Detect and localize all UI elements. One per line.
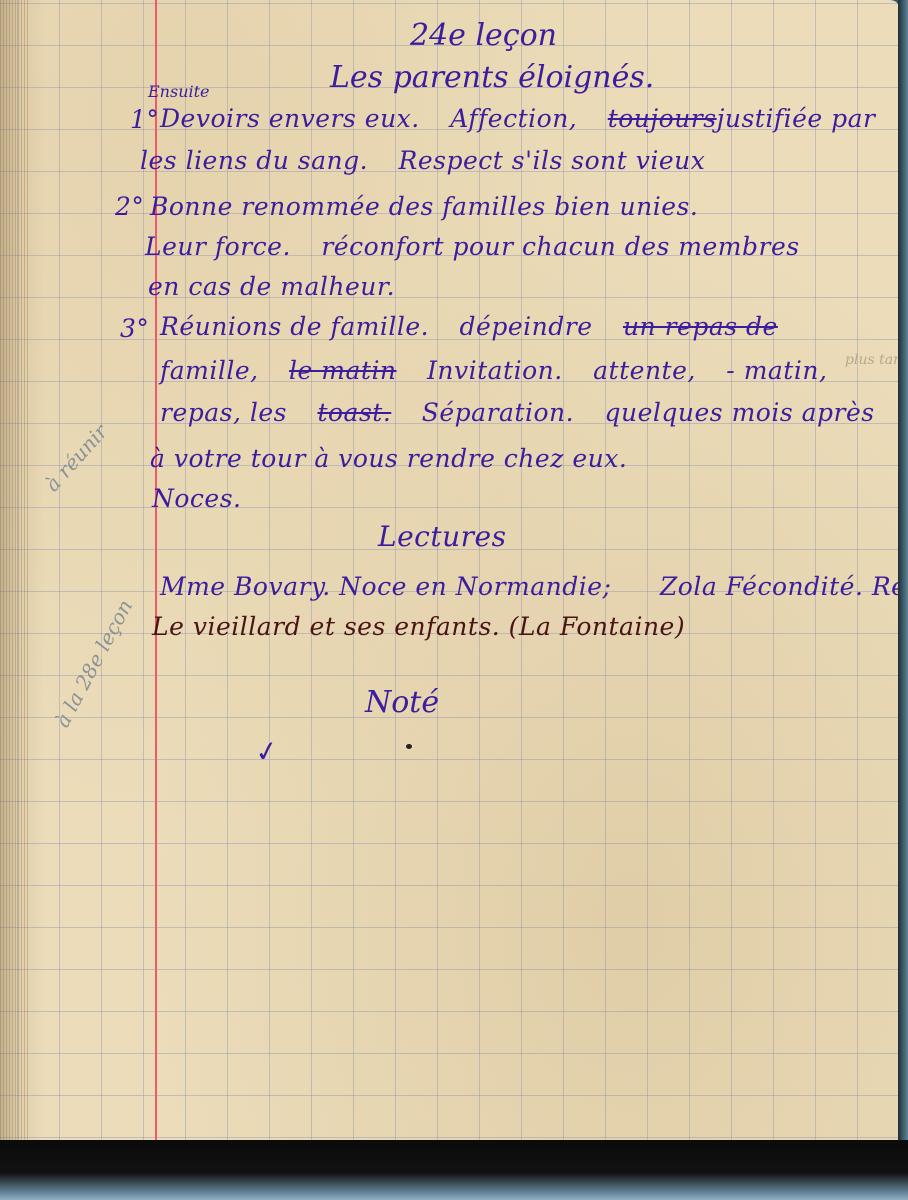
item-3-line-5: Noces.: [152, 484, 242, 513]
text-segment: quelques mois après: [605, 398, 875, 427]
text-segment: dépeindre: [460, 312, 593, 341]
item-3-line-4: à votre tour à vous rendre chez eux.: [150, 444, 627, 473]
item-1-line-1: Devoirs envers eux. Affection, toujoursj…: [160, 104, 875, 133]
struck-text: un repas de: [623, 312, 778, 341]
ink-dot: [406, 744, 412, 749]
text-segment: Invitation.: [427, 356, 563, 385]
text-segment: justifiée par: [717, 104, 876, 133]
text-segment: Noces.: [152, 484, 242, 513]
item-2-line-3: en cas de malheur.: [148, 272, 395, 301]
text-segment: Réunions de famille.: [160, 312, 429, 341]
text-segment: repas, les: [160, 398, 287, 427]
struck-text: toast.: [317, 398, 391, 427]
item-3-line-3: repas, les toast. Séparation. quelques m…: [160, 398, 875, 427]
text-segment: - matin,: [726, 356, 827, 385]
notebook-bottom-shadow: [0, 1140, 908, 1200]
lesson-number: 24e leçon: [410, 18, 557, 53]
text-segment: Leur force.: [145, 232, 291, 261]
text-segment: Bonne renommée des familles bien unies.: [150, 192, 698, 221]
pencil-note-lecon: à la 28e leçon: [50, 596, 137, 732]
grade-mark: Noté: [365, 685, 439, 720]
readings-line-2: Le vieillard et ses enfants. (La Fontain…: [152, 612, 685, 641]
item-1-line-2: les liens du sang. Respect s'ils sont vi…: [140, 146, 705, 175]
item-1-number: 1°: [130, 105, 159, 134]
item-3-line-2: famille, le matin Invitation. attente, -…: [160, 356, 827, 385]
text-segment: famille,: [160, 356, 259, 385]
item-2-line-2: Leur force. réconfort pour chacun des me…: [145, 232, 800, 261]
item-2-number: 2°: [115, 192, 144, 221]
item-3-line-1: Réunions de famille. dépeindre un repas …: [160, 312, 778, 341]
struck-text: le matin: [289, 356, 397, 385]
background-right-edge: [898, 0, 908, 1160]
page-edge-stack: [0, 0, 30, 1152]
readings-line-1: Mme Bovary. Noce en Normandie; Zola Féco…: [160, 572, 908, 601]
readings-heading: Lectures: [378, 520, 506, 553]
reading-zola: Zola Fécondité. Repas.: [660, 572, 908, 601]
margin-note-ensuite: Ensuite: [148, 82, 210, 101]
item-2-line-1: Bonne renommée des familles bien unies.: [150, 192, 698, 221]
text-segment: attente,: [593, 356, 696, 385]
reading-bovary: Mme Bovary. Noce en Normandie;: [160, 572, 611, 601]
lesson-title: Les parents éloignés.: [330, 60, 654, 95]
text-segment: Devoirs envers eux.: [160, 104, 420, 133]
text-segment: Séparation.: [422, 398, 574, 427]
text-segment: en cas de malheur.: [148, 272, 395, 301]
text-segment: à votre tour à vous rendre chez eux.: [150, 444, 627, 473]
text-segment: réconfort pour chacun des membres: [321, 232, 799, 261]
item-3-number: 3°: [120, 314, 149, 343]
check-mark-icon: ✓: [252, 733, 281, 770]
notebook-page: 24e leçon Les parents éloignés. Ensuite …: [0, 0, 900, 1152]
text-segment: les liens du sang.: [140, 146, 368, 175]
text-segment: Respect s'ils sont vieux: [399, 146, 706, 175]
struck-text: toujours: [608, 104, 717, 133]
text-segment: Affection,: [450, 104, 577, 133]
pencil-note-reunir: à réunir: [40, 420, 112, 497]
